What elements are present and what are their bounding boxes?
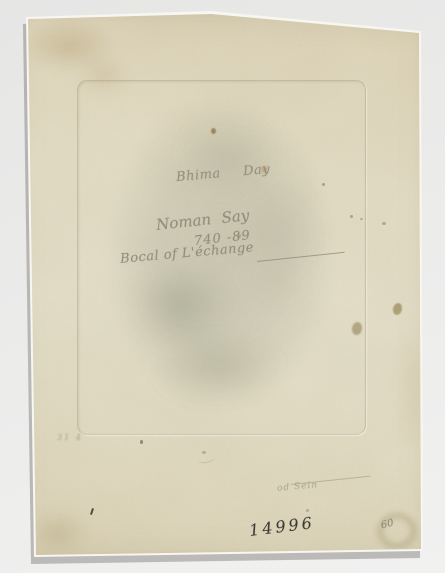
shade-blotch xyxy=(150,330,280,400)
stain-speck xyxy=(360,218,363,220)
stain-speck xyxy=(140,440,143,444)
ink-tick-mark xyxy=(90,508,94,515)
stain-speck xyxy=(382,222,386,225)
stain-speck xyxy=(322,183,325,186)
stain-right-edge xyxy=(398,320,428,450)
stain-top-left-2 xyxy=(80,55,130,95)
stain-bottom-left xyxy=(28,508,88,558)
photo-backdrop: Bhima Day Noman Say 740 -89 Bocal of L'é… xyxy=(0,0,445,573)
stain-speck xyxy=(350,215,353,218)
stain-ring-bottom-right xyxy=(374,510,420,552)
pencil-scribble-stroke xyxy=(291,476,371,485)
smudged-stamp-mark: 31 4 xyxy=(57,433,83,442)
faint-pencil-squiggle xyxy=(198,455,215,465)
stain-speck xyxy=(211,128,216,134)
stain-speck xyxy=(392,302,404,316)
photograph-verso-card: Bhima Day Noman Say 740 -89 Bocal of L'é… xyxy=(0,0,445,573)
stain-speck xyxy=(306,509,309,512)
catalog-number: 14996 xyxy=(248,513,316,540)
stain-speck xyxy=(202,451,206,454)
